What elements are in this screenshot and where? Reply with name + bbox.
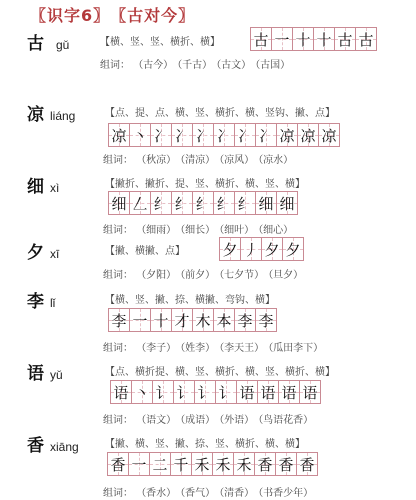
stroke-names: 【撇、横、竖、撇、捺、竖、横折、横、横】 — [105, 435, 305, 450]
word-list: 组词： （细雨）（细长）（细叶）（细心） — [103, 221, 297, 236]
stroke-cell: 冫 — [235, 124, 256, 146]
stroke-cell: 丿 — [241, 238, 262, 260]
word: （书香少年） — [258, 488, 313, 499]
stroke-cell: 十 — [314, 28, 335, 50]
word: （外语） — [219, 415, 254, 426]
word: （瓜田李下） — [268, 343, 323, 354]
pinyin: lǐ — [50, 296, 55, 310]
stroke-order-grid: 语 丶 讠 讠 讠 讠 语 语 语 语 — [110, 380, 321, 404]
stroke-cell: 禾 — [213, 453, 234, 475]
entry-heading: 细 xì — [27, 172, 59, 197]
entry-heading: 香 xiāng — [27, 431, 79, 456]
word: （香水） — [136, 488, 176, 499]
stroke-cell: 十 — [151, 309, 172, 331]
stroke-cell: 纟 — [214, 192, 235, 214]
word: （夕阳） — [136, 270, 176, 281]
stroke-cell: 语 — [300, 381, 320, 403]
stroke-cell: 凉 — [109, 124, 130, 146]
stroke-cell: 冫 — [151, 124, 172, 146]
main-character: 李 — [27, 287, 44, 312]
word: （前夕） — [180, 270, 215, 281]
stroke-cell: 香 — [276, 453, 297, 475]
pinyin: gǔ — [56, 38, 69, 52]
word: （千古） — [177, 60, 212, 71]
word: （细心） — [258, 225, 293, 236]
stroke-cell: 细 — [277, 192, 297, 214]
pinyin: xī — [50, 247, 59, 261]
word: （旦夕） — [268, 270, 303, 281]
stroke-cell: 丶 — [130, 124, 151, 146]
words-label: 组词： — [103, 488, 133, 499]
lesson-title: 〖识字6〗 — [30, 6, 110, 25]
word: （清香） — [219, 488, 254, 499]
stroke-cell: 香 — [297, 453, 317, 475]
word: （细长） — [180, 225, 215, 236]
stroke-cell: 讠 — [195, 381, 216, 403]
stroke-cell: 夕 — [262, 238, 283, 260]
pinyin: xiāng — [50, 440, 79, 454]
stroke-cell: 才 — [172, 309, 193, 331]
stroke-names: 【点、横折提、横、竖、横折、横、竖、横折、横】 — [105, 363, 335, 378]
stroke-order-grid: 细 𠃋 纟 纟 纟 纟 纟 细 细 — [108, 191, 298, 215]
word: （姓李） — [180, 343, 215, 354]
stroke-cell: 夕 — [283, 238, 303, 260]
word-list: 组词： （秋凉）（清凉）（凉风）（凉水） — [103, 151, 297, 166]
word: （鸟语花香） — [258, 415, 313, 426]
main-character: 细 — [27, 172, 44, 197]
stroke-cell: 李 — [235, 309, 256, 331]
word-list: 组词： （香水）（香气）（清香）（书香少年） — [103, 484, 317, 499]
stroke-cell: 李 — [109, 309, 130, 331]
stroke-names: 【点、提、点、横、竖、横折、横、竖钩、撇、点】 — [105, 104, 335, 119]
stroke-cell: 讠 — [216, 381, 237, 403]
entry-heading: 古 gǔ — [27, 29, 69, 54]
word: （凉风） — [219, 155, 254, 166]
stroke-cell: 纟 — [151, 192, 172, 214]
stroke-cell: 细 — [256, 192, 277, 214]
stroke-cell: 语 — [279, 381, 300, 403]
stroke-cell: 禾 — [234, 453, 255, 475]
main-character: 凉 — [27, 100, 44, 125]
stroke-cell: 讠 — [153, 381, 174, 403]
stroke-names: 【撇折、撇折、提、竖、横折、横、竖、横】 — [105, 175, 305, 190]
stroke-cell: 语 — [111, 381, 132, 403]
stroke-cell: 千 — [171, 453, 192, 475]
word: （成语） — [180, 415, 215, 426]
stroke-cell: 香 — [108, 453, 129, 475]
stroke-cell: 一 — [129, 453, 150, 475]
stroke-names: 【撇、横撇、点】 — [105, 242, 185, 257]
word: （李子） — [136, 343, 176, 354]
page-title: 〖识字6〗〖古对今〗 — [30, 3, 203, 26]
word-list: 组词： （夕阳）（前夕）（七夕节）（旦夕） — [103, 266, 307, 281]
main-character: 夕 — [27, 238, 44, 263]
stroke-cell: 冫 — [256, 124, 277, 146]
stroke-cell: 纟 — [172, 192, 193, 214]
main-character: 古 — [27, 29, 44, 54]
words-label: 组词： — [100, 60, 130, 71]
words-label: 组词： — [103, 415, 133, 426]
stroke-cell: 一 — [130, 309, 151, 331]
entry-heading: 凉 liáng — [27, 100, 75, 125]
word-list: 组词： （古今）（千古）（古文）（古国） — [100, 56, 294, 71]
stroke-cell: 语 — [258, 381, 279, 403]
word: （凉水） — [258, 155, 293, 166]
stroke-order-grid: 香 一 二 千 禾 禾 禾 香 香 香 — [107, 452, 318, 476]
entry-heading: 夕 xī — [27, 238, 59, 263]
stroke-order-grid: 李 一 十 才 木 本 李 李 — [108, 308, 277, 332]
stroke-cell: 本 — [214, 309, 235, 331]
pinyin: yǔ — [50, 368, 63, 382]
word: （细叶） — [219, 225, 254, 236]
stroke-cell: 夕 — [220, 238, 241, 260]
main-character: 香 — [27, 431, 44, 456]
entry-heading: 李 lǐ — [27, 287, 55, 312]
stroke-cell: 李 — [256, 309, 276, 331]
stroke-cell: 冫 — [193, 124, 214, 146]
stroke-order-grid: 夕 丿 夕 夕 — [219, 237, 304, 261]
word: （古今） — [133, 60, 173, 71]
stroke-names: 【横、竖、撇、捺、横撇、弯钩、横】 — [105, 291, 275, 306]
stroke-order-grid: 古 一 十 十 古 古 — [250, 27, 377, 51]
pinyin: xì — [50, 181, 59, 195]
stroke-cell: 古 — [335, 28, 356, 50]
word: （古国） — [255, 60, 290, 71]
lesson-subtitle: 〖古对今〗 — [118, 6, 195, 25]
stroke-cell: 语 — [237, 381, 258, 403]
stroke-cell: 十 — [293, 28, 314, 50]
stroke-order-grid: 凉 丶 冫 冫 冫 冫 冫 冫 凉 凉 凉 — [108, 123, 340, 147]
word: （细雨） — [136, 225, 176, 236]
words-label: 组词： — [103, 155, 133, 166]
word-list: 组词： （语文）（成语）（外语）（鸟语花香） — [103, 411, 317, 426]
stroke-cell: 凉 — [298, 124, 319, 146]
stroke-cell: 禾 — [192, 453, 213, 475]
stroke-cell: 冫 — [214, 124, 235, 146]
stroke-cell: 凉 — [319, 124, 339, 146]
stroke-cell: 古 — [251, 28, 272, 50]
word: （秋凉） — [136, 155, 176, 166]
word: （七夕节） — [219, 270, 264, 281]
word: （语文） — [136, 415, 176, 426]
pinyin: liáng — [50, 109, 75, 123]
stroke-cell: 纟 — [235, 192, 256, 214]
stroke-cell: 丶 — [132, 381, 153, 403]
stroke-cell: 细 — [109, 192, 130, 214]
word: （清凉） — [180, 155, 215, 166]
stroke-cell: 讠 — [174, 381, 195, 403]
stroke-cell: 二 — [150, 453, 171, 475]
word: （香气） — [180, 488, 215, 499]
word: （古文） — [216, 60, 251, 71]
stroke-cell: 纟 — [193, 192, 214, 214]
words-label: 组词： — [103, 225, 133, 236]
stroke-cell: 香 — [255, 453, 276, 475]
words-label: 组词： — [103, 270, 133, 281]
word-list: 组词： （李子）（姓李）（李天王）（瓜田李下） — [103, 339, 327, 354]
stroke-cell: 𠃋 — [130, 192, 151, 214]
stroke-cell: 一 — [272, 28, 293, 50]
stroke-cell: 古 — [356, 28, 376, 50]
word: （李天王） — [219, 343, 264, 354]
stroke-cell: 凉 — [277, 124, 298, 146]
entry-heading: 语 yǔ — [27, 359, 63, 384]
stroke-cell: 木 — [193, 309, 214, 331]
main-character: 语 — [27, 359, 44, 384]
stroke-cell: 冫 — [172, 124, 193, 146]
stroke-names: 【横、竖、竖、横折、横】 — [100, 33, 220, 48]
words-label: 组词： — [103, 343, 133, 354]
